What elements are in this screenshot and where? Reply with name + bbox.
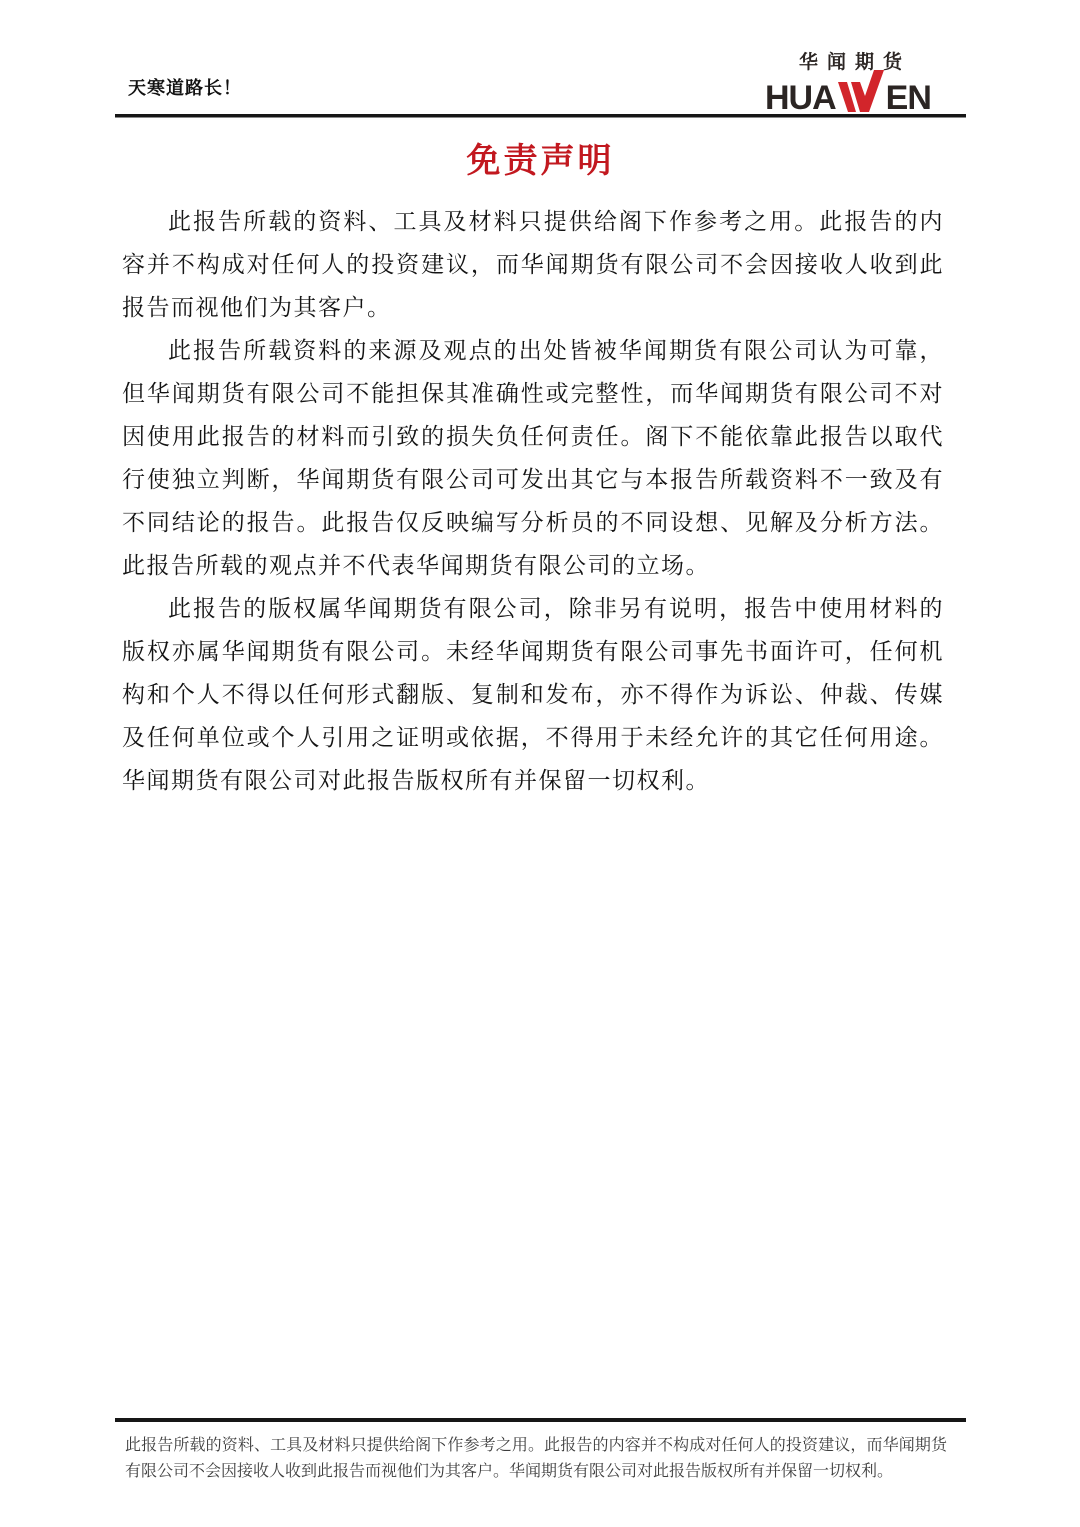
disclaimer-body: 此报告所载的资料、工具及材料只提供给阁下作参考之用。此报告的内容并不构成对任何人… [122, 200, 944, 802]
logo-latin-name: HUA EN [765, 74, 965, 112]
red-check-w-icon [836, 70, 888, 112]
disclaimer-paragraph-3: 此报告的版权属华闻期货有限公司，除非另有说明，报告中使用材料的版权亦属华闻期货有… [122, 587, 944, 802]
footer-divider [115, 1418, 966, 1422]
header-divider [115, 114, 966, 118]
logo-text-en: EN [886, 84, 931, 112]
footer-disclaimer: 此报告所载的资料、工具及材料只提供给阁下作参考之用。此报告的内容并不构成对任何人… [125, 1433, 947, 1485]
logo-text-hua: HUA [765, 84, 836, 112]
document-page: 天寒道路长！ 华闻期货 HUA EN 免责声明 此报告所载的资料、工具及材料只提… [0, 0, 1080, 1527]
disclaimer-paragraph-2: 此报告所载资料的来源及观点的出处皆被华闻期货有限公司认为可靠，但华闻期货有限公司… [122, 329, 944, 587]
disclaimer-paragraph-1: 此报告所载的资料、工具及材料只提供给阁下作参考之用。此报告的内容并不构成对任何人… [122, 200, 944, 329]
company-logo: 华闻期货 HUA EN [765, 52, 965, 112]
page-title: 免责声明 [115, 133, 966, 182]
header-slogan: 天寒道路长！ [128, 74, 242, 100]
